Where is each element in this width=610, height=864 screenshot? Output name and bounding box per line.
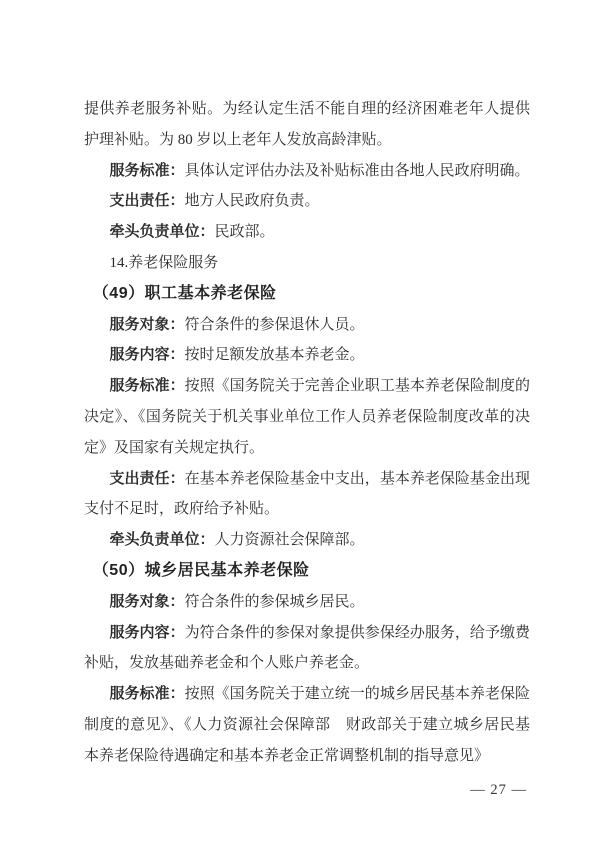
service-entry: 牵头负责单位：民政部。 [84,217,530,248]
paragraph-lead: 提供养老服务补贴。为经认定生活不能自理的经济困难老年人提供护理补贴。为 80 岁… [84,94,530,156]
page-number: — 27 — [470,782,527,799]
entry-text: 人力资源社会保障部。 [215,532,365,548]
entry-text: 符合条件的参保城乡居民。 [185,594,365,610]
entry-text: 民政部。 [215,224,275,240]
entry-text: 按时足额发放基本养老金。 [185,347,365,363]
document-body: 提供养老服务补贴。为经认定生活不能自理的经济困难老年人提供护理补贴。为 80 岁… [84,94,530,772]
service-entry: 服务标准：按照《国务院关于建立统一的城乡居民基本养老保险制度的意见》、《人力资源… [84,679,530,771]
service-entry: 服务内容：按时足额发放基本养老金。 [84,340,530,371]
entry-label: 牵头负责单位： [110,532,215,548]
service-entry: 服务标准：按照《国务院关于完善企业职工基本养老保险制度的决定》、《国务院关于机关… [84,371,530,463]
entry-label: 服务对象： [110,594,185,610]
item-heading-49: （49）职工基本养老保险 [84,279,530,310]
service-entry: 服务内容：为符合条件的参保对象提供参保经办服务，给予缴费补贴，发放基础养老金和个… [84,618,530,680]
entry-label: 服务标准： [110,163,185,179]
entry-label: 牵头负责单位： [110,224,215,240]
service-entry: 服务对象：符合条件的参保城乡居民。 [84,587,530,618]
service-entry: 牵头负责单位：人力资源社会保障部。 [84,525,530,556]
service-entry: 支出责任：在基本养老保险基金中支出，基本养老保险基金出现支付不足时，政府给予补贴… [84,464,530,526]
item-heading-50: （50）城乡居民基本养老保险 [84,556,530,587]
entry-text: 地方人民政府负责。 [185,193,320,209]
entry-label: 支出责任： [110,193,185,209]
entry-label: 服务内容： [110,347,185,363]
entry-label: 服务内容： [110,625,185,641]
service-entry: 支出责任：地方人民政府负责。 [84,186,530,217]
entry-text: 具体认定评估办法及补贴标准由各地人民政府明确。 [185,163,530,179]
entry-label: 服务标准： [110,378,185,394]
entry-label: 服务标准： [110,686,185,702]
entry-text: 符合条件的参保退休人员。 [185,317,365,333]
entry-label: 支出责任： [110,471,185,487]
service-entry: 服务对象：符合条件的参保退休人员。 [84,310,530,341]
section-number-title: 14.养老保险服务 [84,248,530,279]
service-entry: 服务标准：具体认定评估办法及补贴标准由各地人民政府明确。 [84,156,530,187]
entry-label: 服务对象： [110,317,185,333]
document-page: 提供养老服务补贴。为经认定生活不能自理的经济困难老年人提供护理补贴。为 80 岁… [0,0,610,864]
